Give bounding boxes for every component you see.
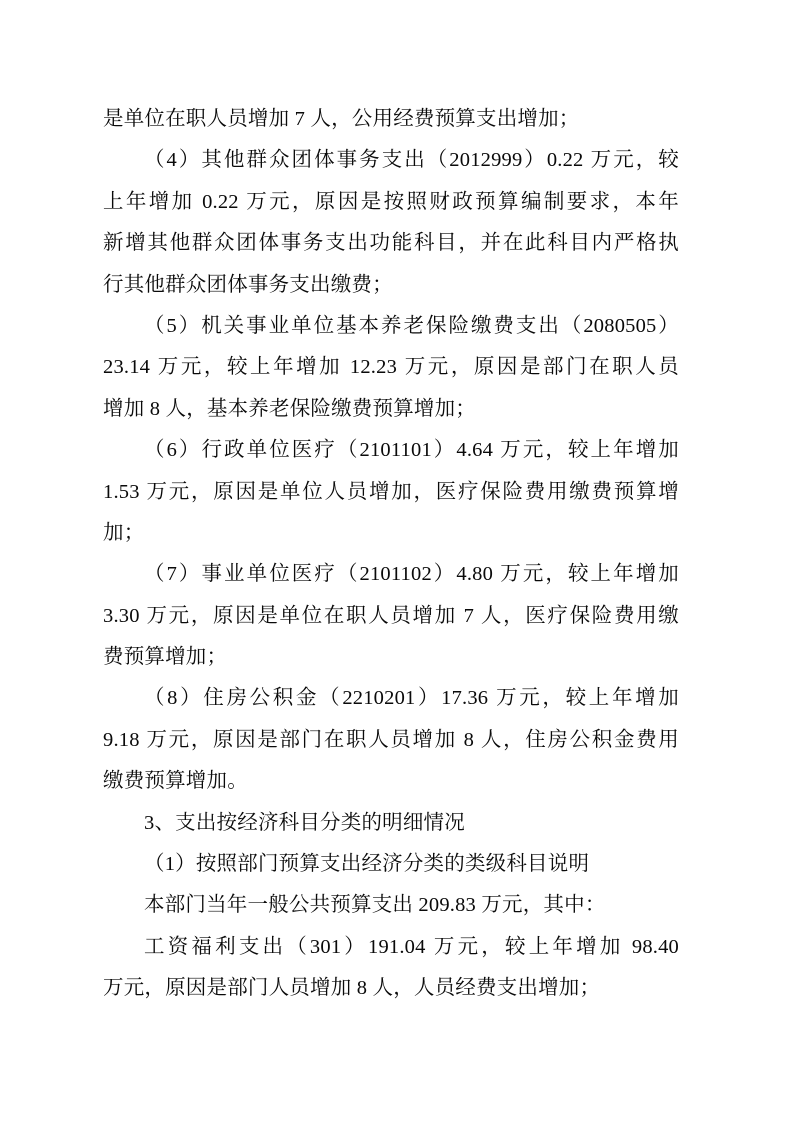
text-line: 费预算增加；	[103, 637, 679, 678]
paragraph: （7）事业单位医疗（2101102）4.80 万元，较上年增加3.30 万元，原…	[103, 554, 679, 678]
text-line: 9.18 万元，原因是部门在职人员增加 8 人，住房公积金费用	[103, 720, 679, 761]
text-line: 加；	[103, 513, 679, 554]
paragraph: 是单位在职人员增加 7 人，公用经费预算支出增加；	[103, 99, 679, 140]
text-line: 1.53 万元，原因是单位人员增加，医疗保险费用缴费预算增	[103, 472, 679, 513]
paragraph: （5）机关事业单位基本养老保险缴费支出（2080505）23.14 万元，较上年…	[103, 306, 679, 430]
text-line: 万元，原因是部门人员增加 8 人，人员经费支出增加；	[103, 968, 679, 1009]
paragraph: 工资福利支出（301）191.04 万元，较上年增加 98.40万元，原因是部门…	[103, 927, 679, 1010]
text-line: （1）按照部门预算支出经济分类的类级科目说明	[103, 844, 679, 885]
text-line: （5）机关事业单位基本养老保险缴费支出（2080505）	[103, 306, 679, 347]
text-line: 3、支出按经济科目分类的明细情况	[103, 803, 679, 844]
text-line: （6）行政单位医疗（2101101）4.64 万元，较上年增加	[103, 430, 679, 471]
paragraph: 本部门当年一般公共预算支出 209.83 万元，其中：	[103, 885, 679, 926]
document-body: 是单位在职人员增加 7 人，公用经费预算支出增加；（4）其他群众团体事务支出（2…	[103, 99, 679, 1010]
paragraph: （4）其他群众团体事务支出（2012999）0.22 万元，较上年增加 0.22…	[103, 140, 679, 306]
text-line: 23.14 万元，较上年增加 12.23 万元，原因是部门在职人员	[103, 347, 679, 388]
document-page: 是单位在职人员增加 7 人，公用经费预算支出增加；（4）其他群众团体事务支出（2…	[0, 0, 793, 1122]
text-line: 缴费预算增加。	[103, 761, 679, 802]
text-line: 上年增加 0.22 万元，原因是按照财政预算编制要求，本年	[103, 182, 679, 223]
text-line: 行其他群众团体事务支出缴费；	[103, 265, 679, 306]
text-line: 3.30 万元，原因是单位在职人员增加 7 人，医疗保险费用缴	[103, 596, 679, 637]
text-line: 是单位在职人员增加 7 人，公用经费预算支出增加；	[103, 99, 679, 140]
paragraph: （1）按照部门预算支出经济分类的类级科目说明	[103, 844, 679, 885]
text-line: 增加 8 人，基本养老保险缴费预算增加；	[103, 389, 679, 430]
text-line: 本部门当年一般公共预算支出 209.83 万元，其中：	[103, 885, 679, 926]
text-line: 工资福利支出（301）191.04 万元，较上年增加 98.40	[103, 927, 679, 968]
text-line: （8）住房公积金（2210201）17.36 万元，较上年增加	[103, 678, 679, 719]
text-line: （7）事业单位医疗（2101102）4.80 万元，较上年增加	[103, 554, 679, 595]
text-line: （4）其他群众团体事务支出（2012999）0.22 万元，较	[103, 140, 679, 181]
paragraph: （8）住房公积金（2210201）17.36 万元，较上年增加9.18 万元，原…	[103, 678, 679, 802]
paragraph: （6）行政单位医疗（2101101）4.64 万元，较上年增加1.53 万元，原…	[103, 430, 679, 554]
text-line: 新增其他群众团体事务支出功能科目，并在此科目内严格执	[103, 223, 679, 264]
paragraph: 3、支出按经济科目分类的明细情况	[103, 803, 679, 844]
